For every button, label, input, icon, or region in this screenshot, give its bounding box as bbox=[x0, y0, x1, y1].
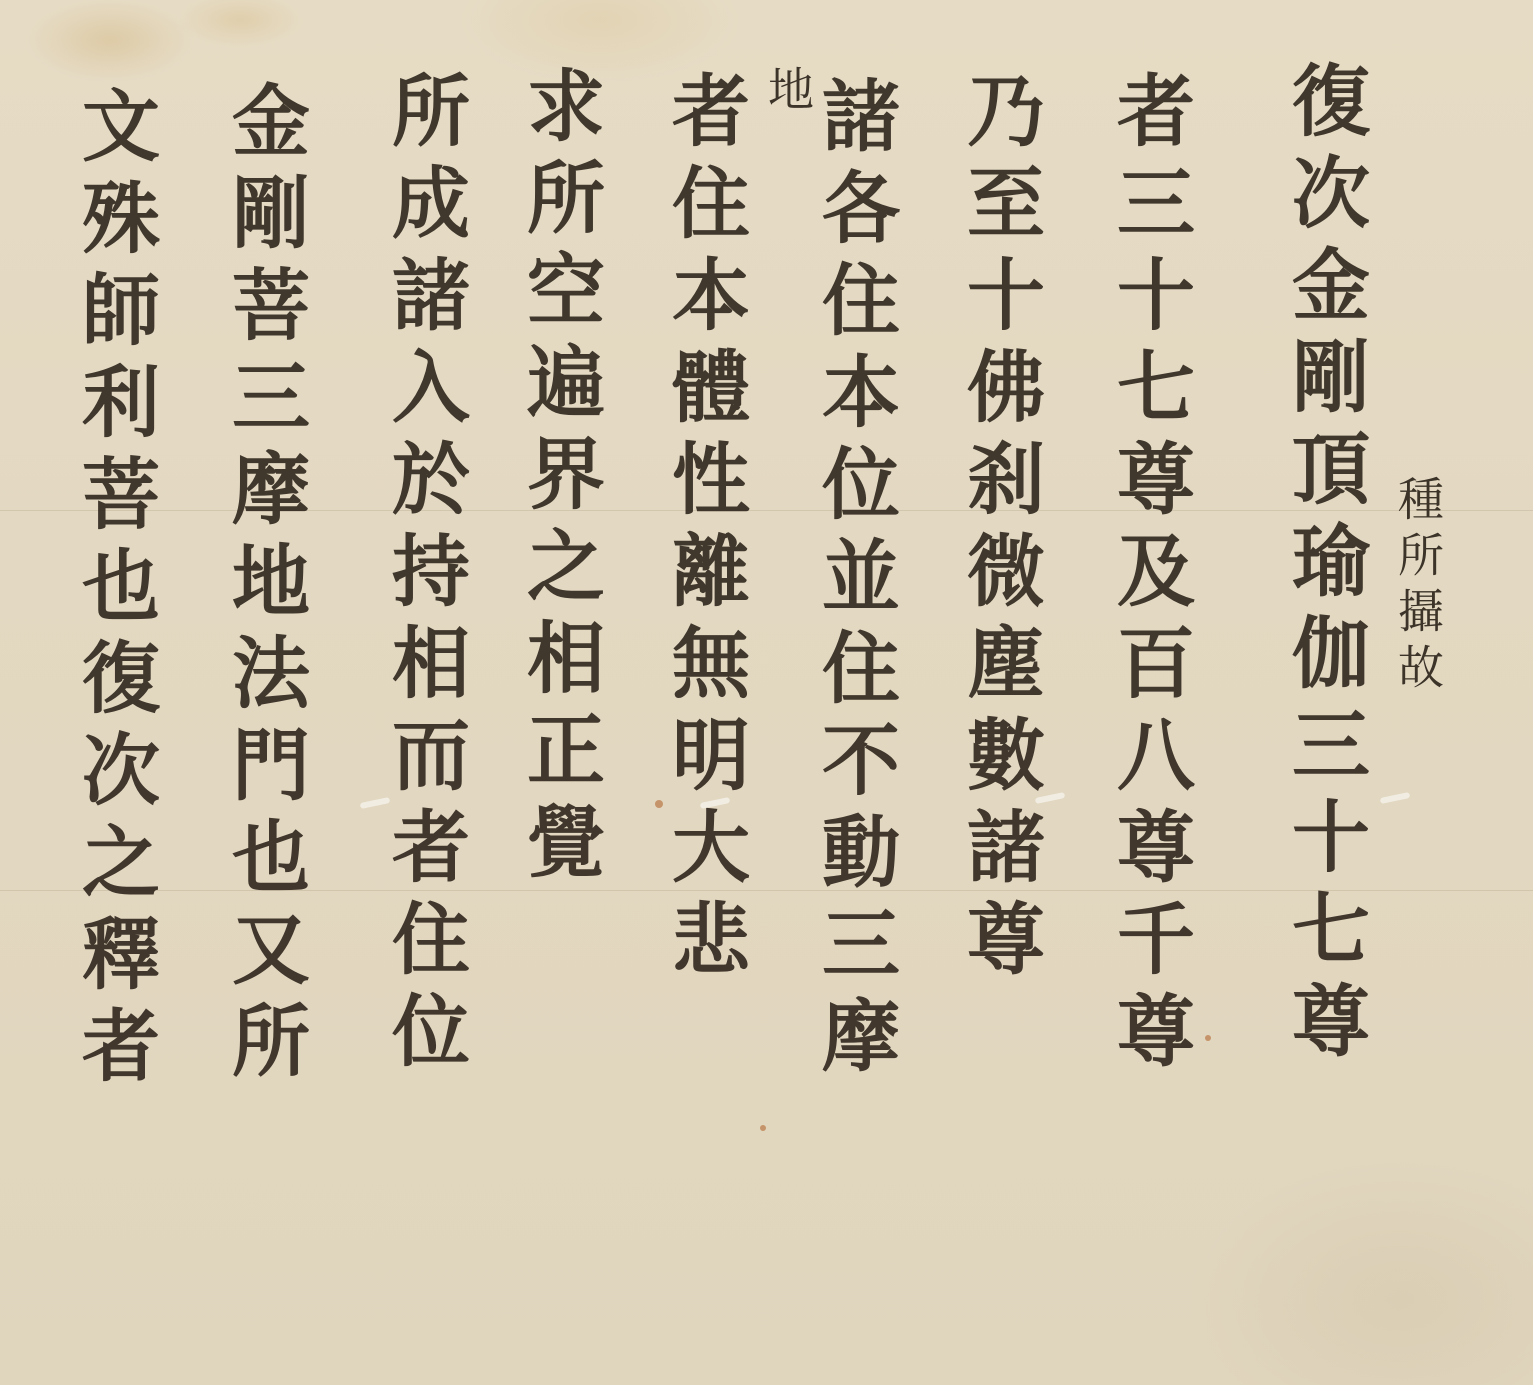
manuscript-page: 復次金剛頂瑜伽三十七尊 種所攝故 者三十七尊及百八尊千尊 乃至十佛刹微塵數諸尊 … bbox=[0, 0, 1533, 1385]
text-column-9: 文殊師利菩也復次之釋者 bbox=[75, 85, 153, 1097]
text-column-8: 金剛菩三摩地法門也又所 bbox=[225, 80, 303, 1092]
text-column-6: 求所空遍界之相正覺 bbox=[520, 65, 598, 893]
inserted-character: 地 bbox=[765, 65, 811, 121]
paper-stain bbox=[655, 800, 663, 808]
paper-stain bbox=[1205, 1035, 1211, 1041]
paper-wear-mark bbox=[1380, 792, 1411, 804]
text-column-3: 乃至十佛刹微塵數諸尊 bbox=[960, 70, 1038, 990]
interlinear-annotation: 種所攝故 bbox=[1395, 475, 1441, 699]
text-column-5: 者住本體性離無明大悲 bbox=[665, 70, 743, 990]
text-column-4: 諸各住本位並住不動三摩 bbox=[815, 75, 893, 1087]
paper-stain bbox=[760, 1125, 766, 1131]
text-column-7: 所成諸入於持相而者住位 bbox=[385, 70, 463, 1082]
text-column-2: 者三十七尊及百八尊千尊 bbox=[1110, 70, 1188, 1082]
text-column-1: 復次金剛頂瑜伽三十七尊 bbox=[1285, 60, 1363, 1072]
